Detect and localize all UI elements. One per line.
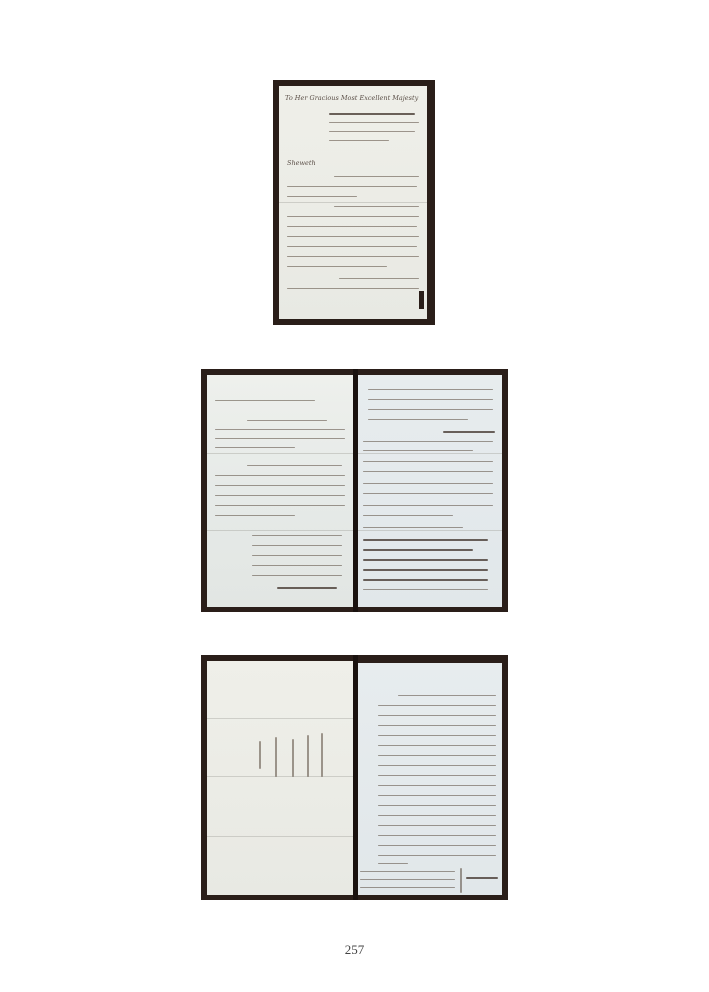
figure-letter-back-and-endorsement [201, 655, 508, 900]
letter-salutation: Sheweth [287, 159, 316, 167]
page-number: 257 [0, 942, 709, 958]
figure-letter-first-page: To Her Gracious Most Excellent Majesty S… [273, 80, 435, 325]
letter-exterior [207, 661, 353, 895]
figure-letter-opened-spread [201, 369, 508, 612]
letter-right-page [358, 375, 502, 607]
letter-sheet: To Her Gracious Most Excellent Majesty S… [279, 86, 427, 319]
letter-heading: To Her Gracious Most Excellent Majesty [285, 94, 418, 102]
letter-endorsement-page [358, 663, 502, 895]
letter-left-page [207, 375, 353, 607]
